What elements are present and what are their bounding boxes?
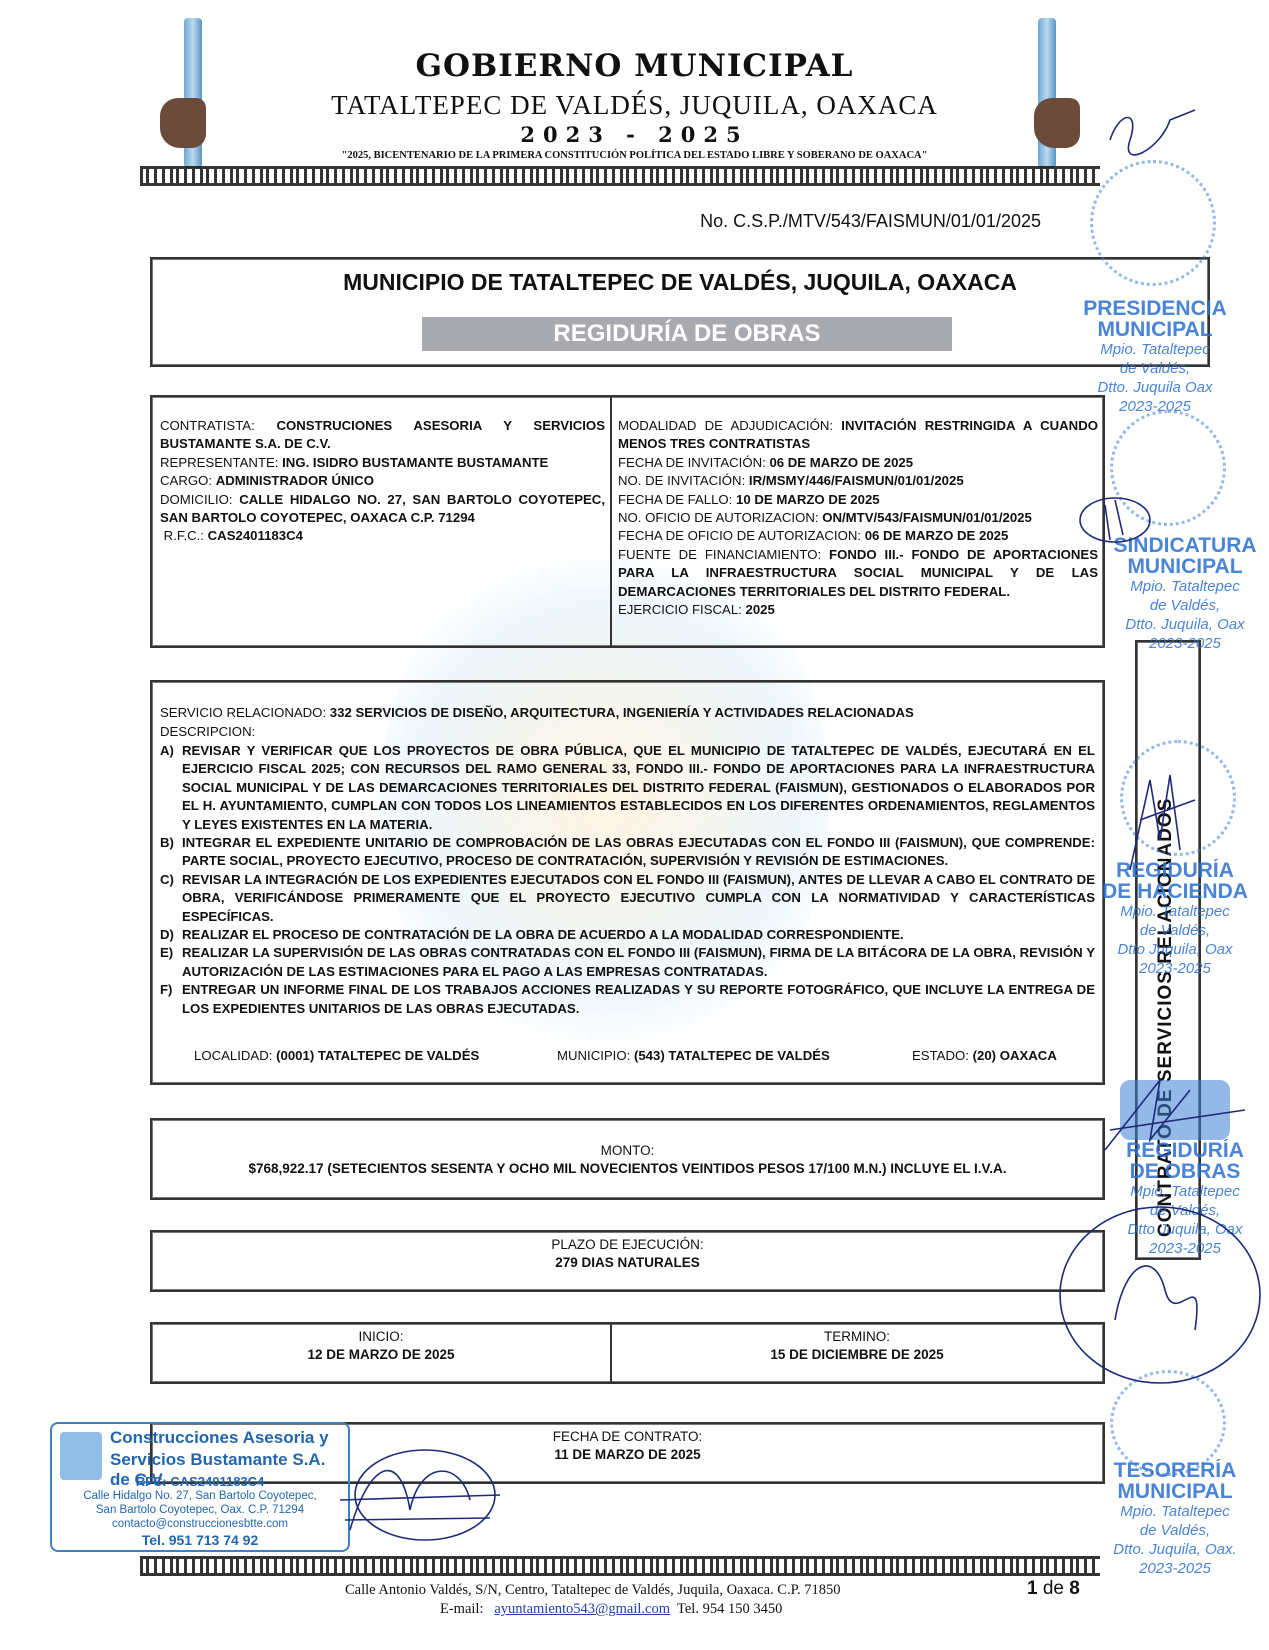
fecha-oficio-row: FECHA DE OFICIO DE AUTORIZACION: 06 DE M… <box>618 527 1098 545</box>
description-list: A)REVISAR Y VERIFICAR QUE LOS PROYECTOS … <box>160 742 1095 1018</box>
header-motto: "2025, BICENTENARIO DE LA PRIMERA CONSTI… <box>0 150 1269 161</box>
award-cell: MODALIDAD DE ADJUDICACIÓN: INVITACIÓN RE… <box>618 417 1098 619</box>
description-item-c: C)REVISAR LA INTEGRACIÓN DE LOS EXPEDIEN… <box>160 871 1095 926</box>
description-item-e: E)REALIZAR LA SUPERVISIÓN DE LAS OBRAS C… <box>160 944 1095 981</box>
service-box: SERVICIO RELACIONADO: 332 SERVICIOS DE D… <box>150 680 1105 1085</box>
contratista-row: CONTRATISTA: CONSTRUCIONES ASESORIA Y SE… <box>160 417 605 454</box>
contract-info-box: CONTRATISTA: CONSTRUCIONES ASESORIA Y SE… <box>150 395 1105 648</box>
fuente-row: FUENTE DE FINANCIAMIENTO: FONDO III.- FO… <box>618 546 1098 601</box>
modalidad-row: MODALIDAD DE ADJUDICACIÓN: INVITACIÓN RE… <box>618 417 1098 454</box>
service-row: SERVICIO RELACIONADO: 332 SERVICIOS DE D… <box>160 704 1095 722</box>
company-phone: Tel. 951 713 74 92 <box>52 1532 348 1548</box>
rfc-row: R.F.C.: CAS2401183C4 <box>160 527 605 545</box>
termino-label: TERMINO: <box>612 1328 1102 1346</box>
description-item-d: D)REALIZAR EL PROCESO DE CONTRATACIÓN DE… <box>160 926 1095 944</box>
eagle-seal-icon <box>1090 160 1216 286</box>
inicio-label: INICIO: <box>152 1328 610 1346</box>
reference-number: No. C.S.P./MTV/543/FAISMUN/01/01/2025 <box>700 211 1041 232</box>
footer-address: Calle Antonio Valdés, S/N, Centro, Tatal… <box>345 1582 841 1599</box>
domicilio-row: DOMICILIO: CALLE HIDALGO NO. 27, SAN BAR… <box>160 491 605 528</box>
company-address-line2: San Bartolo Coyotepec, Oax. C.P. 71294 <box>52 1504 348 1516</box>
stamp-sindicatura: SINDICATURAMUNICIPAL Mpio. Tataltepecde … <box>1100 535 1269 653</box>
term-label: PLAZO DE EJECUCIÓN: <box>152 1236 1103 1254</box>
cell-divider <box>610 397 612 646</box>
no-invitacion-row: NO. DE INVITACIÓN: IR/MSMY/446/FAISMUN/0… <box>618 472 1098 490</box>
termino-value: 15 DE DICIEMBRE DE 2025 <box>612 1346 1102 1364</box>
cargo-row: CARGO: ADMINISTRADOR ÚNICO <box>160 472 605 490</box>
municipio: MUNICIPIO: (543) TATALTEPEC DE VALDÉS <box>557 1047 830 1065</box>
footer-email-link[interactable]: ayuntamiento543@gmail.com <box>494 1601 670 1617</box>
header-title: GOBIERNO MUNICIPAL <box>0 48 1269 84</box>
description-item-f: F)ENTREGAR UN INFORME FINAL DE LOS TRABA… <box>160 981 1095 1018</box>
signature-sindicatura <box>1075 490 1155 550</box>
estado: ESTADO: (20) OAXACA <box>912 1047 1057 1065</box>
surveyor-logo-icon <box>60 1432 102 1480</box>
footer-contact: E-mail: ayuntamiento543@gmail.com Tel. 9… <box>440 1601 782 1618</box>
no-oficio-row: NO. OFICIO DE AUTORIZACION: ON/MTV/543/F… <box>618 509 1098 527</box>
contractor-cell: CONTRATISTA: CONSTRUCIONES ASESORIA Y SE… <box>160 417 605 546</box>
term-box: PLAZO DE EJECUCIÓN: 279 DIAS NATURALES <box>150 1230 1105 1292</box>
stamp-tesoreria: TESORERÍAMUNICIPAL Mpio. Tataltepecde Va… <box>1090 1460 1260 1578</box>
fecha-invitacion-row: FECHA DE INVITACIÓN: 06 DE MARZO DE 2025 <box>618 454 1098 472</box>
localidad: LOCALIDAD: (0001) TATALTEPEC DE VALDÉS <box>194 1047 479 1065</box>
company-name-line1: Construcciones Asesoria y <box>110 1428 329 1448</box>
dates-box: INICIO: 12 DE MARZO DE 2025 TERMINO: 15 … <box>150 1322 1105 1384</box>
header-years: 2023 - 2025 <box>0 122 1269 147</box>
signature-hacienda <box>1110 760 1200 880</box>
inicio-value: 12 DE MARZO DE 2025 <box>152 1346 610 1364</box>
description-item-a: A)REVISAR Y VERIFICAR QUE LOS PROYECTOS … <box>160 742 1095 834</box>
company-stamp: Construcciones Asesoria y Servicios Bust… <box>50 1422 350 1552</box>
signature-top-right <box>1100 100 1200 160</box>
company-rfc: RFC: CAS2401183C4 <box>52 1474 348 1489</box>
representante-row: REPRESENTANTE: ING. ISIDRO BUSTAMANTE BU… <box>160 454 605 472</box>
stamp-presidencia: PRESIDENCIAMUNICIPAL Mpio. Tataltepecde … <box>1060 298 1250 416</box>
descripcion-label: DESCRIPCION: <box>160 723 255 741</box>
description-item-b: B)INTEGRAR EL EXPEDIENTE UNITARIO DE COM… <box>160 834 1095 871</box>
term-value: 279 DIAS NATURALES <box>152 1254 1103 1272</box>
greca-border-top <box>140 166 1100 186</box>
amount-box: MONTO: $768,922.17 (SETECIENTOS SESENTA … <box>150 1118 1105 1200</box>
signature-contractor <box>330 1440 510 1550</box>
signature-circle <box>1055 1200 1265 1390</box>
municipality-title: MUNICIPIO DE TATALTEPEC DE VALDÉS, JUQUI… <box>152 269 1208 296</box>
company-address-line1: Calle Hidalgo No. 27, San Bartolo Coyote… <box>52 1490 348 1502</box>
signature-obras <box>1100 1070 1250 1160</box>
company-email: contacto@construccionesbtte.com <box>52 1518 348 1530</box>
page-number: 1 de 8 <box>1027 1578 1080 1600</box>
ejercicio-row: EJERCICIO FISCAL: 2025 <box>618 601 1098 619</box>
amount-value: $768,922.17 (SETECIENTOS SESENTA Y OCHO … <box>152 1160 1103 1178</box>
department-banner: REGIDURÍA DE OBRAS <box>422 317 952 351</box>
header-subtitle: TATALTEPEC DE VALDÉS, JUQUILA, OAXACA <box>0 90 1269 121</box>
fecha-fallo-row: FECHA DE FALLO: 10 DE MARZO DE 2025 <box>618 491 1098 509</box>
greca-border-bottom <box>140 1556 1100 1576</box>
title-box: MUNICIPIO DE TATALTEPEC DE VALDÉS, JUQUI… <box>150 257 1210 367</box>
amount-label: MONTO: <box>152 1142 1103 1160</box>
